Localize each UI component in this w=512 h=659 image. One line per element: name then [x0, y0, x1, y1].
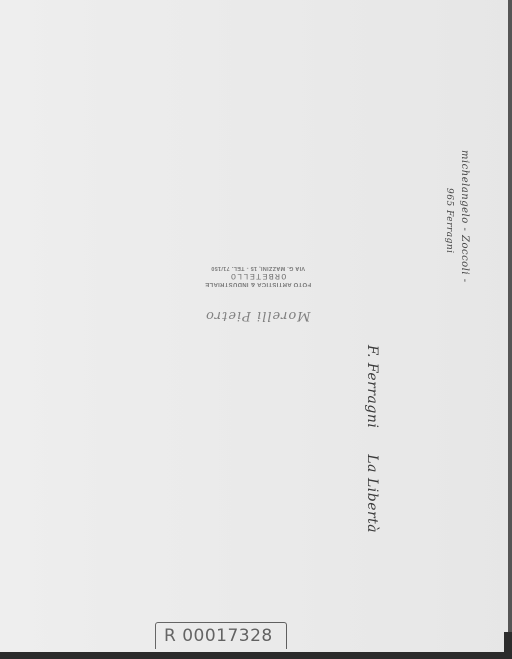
photographer-signature: Morelli Pietro — [205, 308, 311, 323]
inventory-label: R 00017328 — [155, 622, 287, 649]
stamp-line-3: VIA G. MAZZINI, 15 - TEL. 71/150 — [196, 265, 320, 271]
stamp-line-2: ORBETELLO — [196, 271, 320, 281]
photo-back-paper: michelangelo - Zoccoli - 965 Ferragni F.… — [0, 0, 508, 652]
stamp-line-1: FOTO ARTISTICA & INDUSTRIALE — [196, 281, 320, 287]
scan-edge-right — [508, 0, 512, 659]
photographer-stamp: FOTO ARTISTICA & INDUSTRIALE ORBETELLO V… — [196, 265, 320, 287]
number-note: 965 Ferragni — [444, 188, 454, 254]
subject-note: michelangelo - Zoccoli - — [459, 150, 470, 283]
scan-edge-bottom — [0, 652, 512, 659]
caption-title: La Libertà — [364, 454, 380, 533]
caption-author: F. Ferragni — [364, 345, 380, 428]
caption: F. FerragniLa Libertà — [364, 345, 380, 533]
inventory-number: R 00017328 — [164, 626, 273, 646]
